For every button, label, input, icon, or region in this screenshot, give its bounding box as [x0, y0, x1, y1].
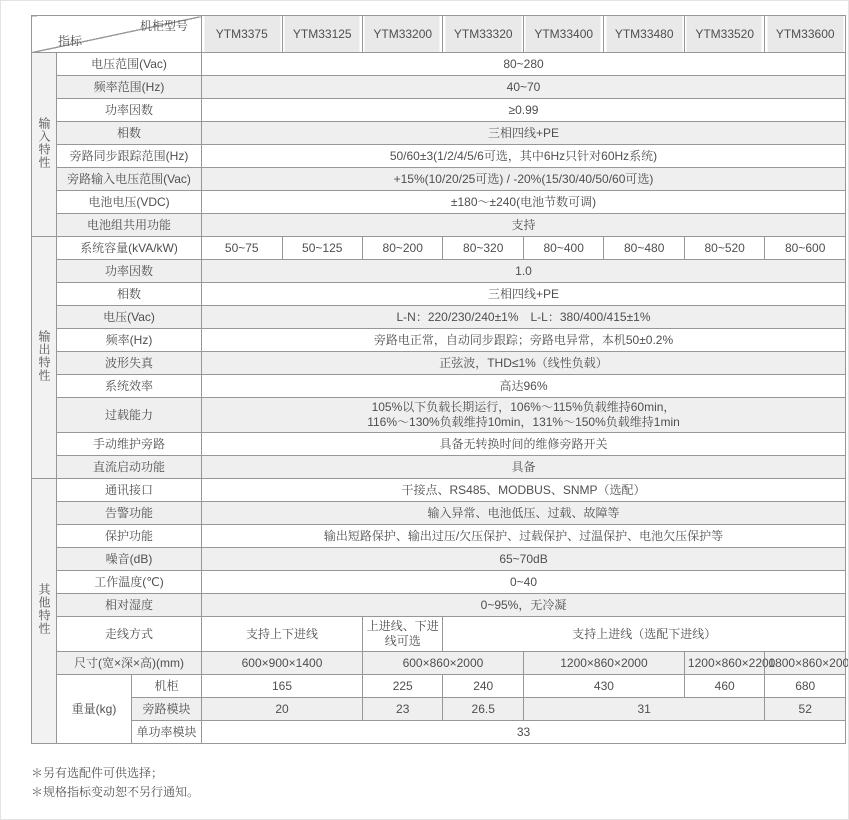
table-row: 旁路同步跟踪范围(Hz)50/60±3(1/2/4/5/6可选，其中6Hz只针对… [32, 145, 846, 168]
table-row: 功率因数≥0.99 [32, 99, 846, 122]
spec-value: +15%(10/20/25可选) / -20%(15/30/40/50/60可选… [202, 168, 846, 191]
table-row: 保护功能输出短路保护、输出过压/欠压保护、过载保护、过温保护、电池欠压保护等 [32, 525, 846, 548]
spec-value: 40~70 [202, 76, 846, 99]
spec-label: 噪音(dB) [57, 548, 202, 571]
model-header-cell: YTM33480 [604, 16, 684, 53]
spec-value: 1.0 [202, 260, 846, 283]
spec-label: 通讯接口 [57, 479, 202, 502]
spec-value: 50~75 [202, 237, 282, 260]
table-row: 电池电压(VDC)±180～±240(电池节数可调) [32, 191, 846, 214]
table-row: 直流启动功能具备 [32, 456, 846, 479]
spec-value: 600×900×1400 [202, 652, 363, 675]
spec-label: 电池组共用功能 [57, 214, 202, 237]
table-row: 旁路输入电压范围(Vac)+15%(10/20/25可选) / -20%(15/… [32, 168, 846, 191]
table-row: 旁路模块202326.53152 [32, 698, 846, 721]
model-header-cell: YTM33320 [443, 16, 523, 53]
spec-label: 保护功能 [57, 525, 202, 548]
spec-table: 机柜型号 指标 YTM3375YTM33125YTM33200YTM33320Y… [31, 15, 846, 744]
spec-value: 52 [765, 698, 846, 721]
spec-value: 240 [443, 675, 523, 698]
spec-label: 旁路模块 [132, 698, 202, 721]
spec-label: 直流启动功能 [57, 456, 202, 479]
spec-label: 旁路输入电压范围(Vac) [57, 168, 202, 191]
table-row: 相数三相四线+PE [32, 122, 846, 145]
corner-label-model: 机柜型号 [140, 19, 188, 34]
spec-value: ≥0.99 [202, 99, 846, 122]
model-header-cell: YTM3375 [202, 16, 282, 53]
spec-value: 50~125 [282, 237, 362, 260]
spec-label: 旁路同步跟踪范围(Hz) [57, 145, 202, 168]
spec-label: 相数 [57, 283, 202, 306]
table-row: 其他特性通讯接口干接点、RS485、MODBUS、SNMP（选配） [32, 479, 846, 502]
table-row: 尺寸(宽×深×高)(mm)600×900×1400600×860×2000120… [32, 652, 846, 675]
spec-label: 电压(Vac) [57, 306, 202, 329]
table-row: 相数三相四线+PE [32, 283, 846, 306]
spec-label: 功率因数 [57, 260, 202, 283]
spec-label: 频率范围(Hz) [57, 76, 202, 99]
spec-value: 1800×860×2000 [765, 652, 846, 675]
section-label: 输入特性 [32, 53, 57, 237]
spec-value: 输入异常、电池低压、过载、故障等 [202, 502, 846, 525]
spec-value: 80~280 [202, 53, 846, 76]
spec-value: 支持上下进线 [202, 617, 363, 652]
table-row: 输出特性系统容量(kVA/kW)50~7550~12580~20080~3208… [32, 237, 846, 260]
spec-value: 105%以下负载长期运行，106%～115%负载维持60min， 116%～13… [202, 398, 846, 433]
spec-label: 走线方式 [57, 617, 202, 652]
footnote: ＊另有选配件可供选择； [31, 764, 199, 783]
model-header-cell: YTM33200 [362, 16, 442, 53]
spec-value: 33 [202, 721, 846, 744]
spec-label: 机柜 [132, 675, 202, 698]
model-header-cell: YTM33520 [684, 16, 764, 53]
spec-value: 0~40 [202, 571, 846, 594]
table-row: 重量(kg)机柜165225240430460680 [32, 675, 846, 698]
header-row: 机柜型号 指标 YTM3375YTM33125YTM33200YTM33320Y… [32, 16, 846, 53]
spec-value: 输出短路保护、输出过压/欠压保护、过载保护、过温保护、电池欠压保护等 [202, 525, 846, 548]
spec-value: 三相四线+PE [202, 122, 846, 145]
spec-value: 23 [362, 698, 442, 721]
spec-value: 50/60±3(1/2/4/5/6可选，其中6Hz只针对60Hz系统) [202, 145, 846, 168]
spec-value: 165 [202, 675, 363, 698]
spec-label: 电池电压(VDC) [57, 191, 202, 214]
spec-value: 80~400 [523, 237, 603, 260]
spec-value: 65~70dB [202, 548, 846, 571]
spec-value: 20 [202, 698, 363, 721]
table-row: 单功率模块33 [32, 721, 846, 744]
spec-value: 1200×860×2000 [523, 652, 684, 675]
section-label: 其他特性 [32, 479, 57, 744]
table-row: 电池组共用功能支持 [32, 214, 846, 237]
spec-label: 波形失真 [57, 352, 202, 375]
spec-label: 功率因数 [57, 99, 202, 122]
table-row: 电压(Vac)L-N：220/230/240±1% L-L：380/400/41… [32, 306, 846, 329]
table-row: 过载能力105%以下负载长期运行，106%～115%负载维持60min， 116… [32, 398, 846, 433]
footnote: ＊规格指标变动恕不另行通知。 [31, 783, 199, 802]
table-row: 频率范围(Hz)40~70 [32, 76, 846, 99]
spec-label: 系统效率 [57, 375, 202, 398]
model-header-cell: YTM33125 [282, 16, 362, 53]
spec-value: 430 [523, 675, 684, 698]
section-label-text: 其他特性 [38, 583, 50, 635]
table-row: 走线方式支持上下进线上进线、下进线可选支持上进线（选配下进线） [32, 617, 846, 652]
spec-value: 高达96% [202, 375, 846, 398]
section-label-text: 输出特性 [38, 330, 50, 382]
table-row: 功率因数1.0 [32, 260, 846, 283]
spec-value: 正弦波，THD≤1%（线性负载） [202, 352, 846, 375]
spec-value: L-N：220/230/240±1% L-L：380/400/415±1% [202, 306, 846, 329]
spec-label: 电压范围(Vac) [57, 53, 202, 76]
table-head: 机柜型号 指标 YTM3375YTM33125YTM33200YTM33320Y… [32, 16, 846, 53]
spec-label: 尺寸(宽×深×高)(mm) [57, 652, 202, 675]
table-row: 波形失真正弦波，THD≤1%（线性负载） [32, 352, 846, 375]
table-row: 告警功能输入异常、电池低压、过载、故障等 [32, 502, 846, 525]
spec-value: 干接点、RS485、MODBUS、SNMP（选配） [202, 479, 846, 502]
table-row: 输入特性电压范围(Vac)80~280 [32, 53, 846, 76]
footnotes: ＊另有选配件可供选择； ＊规格指标变动恕不另行通知。 [31, 764, 199, 802]
table-row: 频率(Hz)旁路电正常，自动同步跟踪；旁路电异常，本机50±0.2% [32, 329, 846, 352]
spec-value: 225 [362, 675, 442, 698]
table-body: 输入特性电压范围(Vac)80~280频率范围(Hz)40~70功率因数≥0.9… [32, 53, 846, 744]
spec-value: 具备无转换时间的维修旁路开关 [202, 433, 846, 456]
spec-label: 工作温度(℃) [57, 571, 202, 594]
section-label: 输出特性 [32, 237, 57, 479]
weight-group-label: 重量(kg) [57, 675, 132, 744]
table-row: 相对湿度0~95%，无冷凝 [32, 594, 846, 617]
spec-value: 上进线、下进线可选 [362, 617, 442, 652]
spec-label: 相对湿度 [57, 594, 202, 617]
spec-value: 支持 [202, 214, 846, 237]
spec-value: 80~520 [684, 237, 764, 260]
spec-value: 1200×860×2200 [684, 652, 764, 675]
table-row: 工作温度(℃)0~40 [32, 571, 846, 594]
spec-value: 26.5 [443, 698, 523, 721]
table-row: 手动维护旁路具备无转换时间的维修旁路开关 [32, 433, 846, 456]
section-label-text: 输入特性 [38, 117, 50, 169]
table-row: 噪音(dB)65~70dB [32, 548, 846, 571]
spec-label: 单功率模块 [132, 721, 202, 744]
spec-value: 80~600 [765, 237, 846, 260]
spec-value: 具备 [202, 456, 846, 479]
spec-label: 告警功能 [57, 502, 202, 525]
model-header-cell: YTM33400 [523, 16, 603, 53]
spec-value: 三相四线+PE [202, 283, 846, 306]
spec-value: 支持上进线（选配下进线） [443, 617, 846, 652]
spec-label: 相数 [57, 122, 202, 145]
spec-value: 旁路电正常，自动同步跟踪；旁路电异常，本机50±0.2% [202, 329, 846, 352]
spec-value: 31 [523, 698, 764, 721]
spec-label: 频率(Hz) [57, 329, 202, 352]
spec-value: 0~95%，无冷凝 [202, 594, 846, 617]
spec-value: 600×860×2000 [362, 652, 523, 675]
corner-label-indicator: 指标 [58, 34, 82, 49]
spec-label: 过载能力 [57, 398, 202, 433]
spec-label: 系统容量(kVA/kW) [57, 237, 202, 260]
spec-value: 680 [765, 675, 846, 698]
spec-value: 80~320 [443, 237, 523, 260]
corner-cell: 机柜型号 指标 [32, 16, 202, 53]
spec-value: ±180～±240(电池节数可调) [202, 191, 846, 214]
spec-value: 460 [684, 675, 764, 698]
table-row: 系统效率高达96% [32, 375, 846, 398]
spec-value: 80~480 [604, 237, 684, 260]
spec-sheet-page: 机柜型号 指标 YTM3375YTM33125YTM33200YTM33320Y… [0, 0, 849, 820]
spec-label: 手动维护旁路 [57, 433, 202, 456]
model-header-cell: YTM33600 [765, 16, 846, 53]
spec-value: 80~200 [362, 237, 442, 260]
